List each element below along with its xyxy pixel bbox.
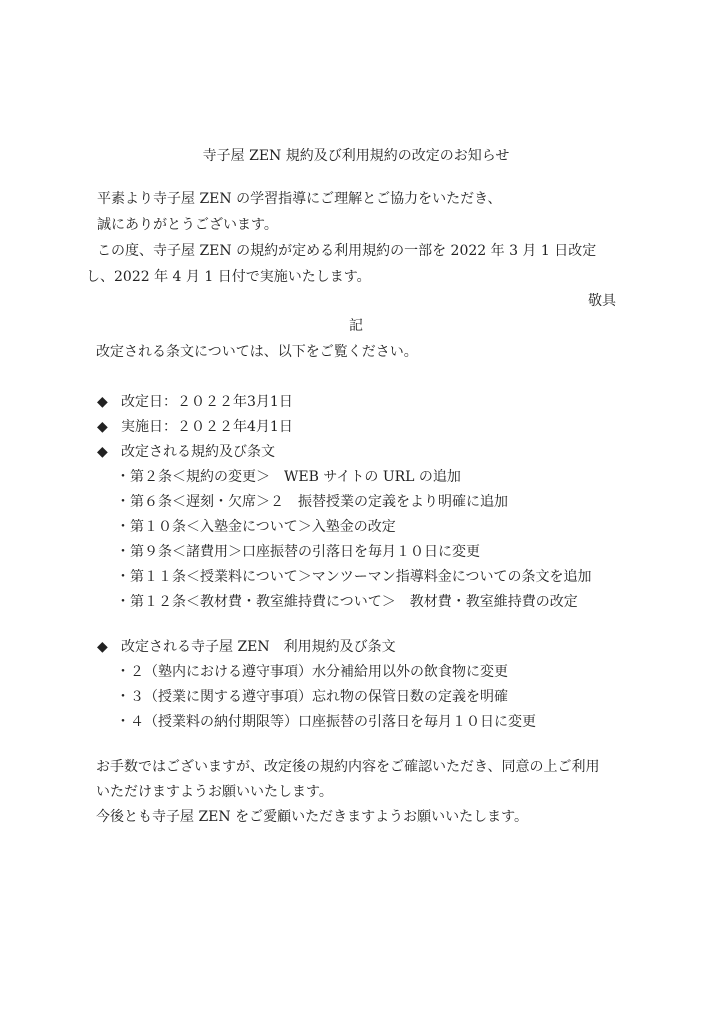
footer-line-2: いただけますようお願いいたします。 bbox=[96, 782, 333, 802]
rules-list-item: ・第１１条＜授業料について＞マンツーマン指導料金についての条文を追加 bbox=[116, 567, 591, 587]
terms-list-item: ・４（授業料の納付期限等）口座振替の引落日を毎月１０日に変更 bbox=[116, 712, 536, 732]
closing-keigu: 敬具 bbox=[588, 291, 616, 311]
document-title: 寺子屋 ZEN 規約及び利用規約の改定のお知らせ bbox=[0, 146, 712, 166]
greeting-line-4: し、2022 年 4 月 1 日付で実施いたします。 bbox=[86, 267, 371, 287]
terms-list-item: ・２（塾内における遵守事項）水分補給用以外の飲食物に変更 bbox=[116, 662, 508, 682]
rules-list-item: ・第１２条＜教材費・教室維持費について＞ 教材費・教室維持費の改定 bbox=[116, 592, 578, 612]
effective-date: 実施日：２０２２年4月1日 bbox=[121, 419, 293, 435]
diamond-bullet-icon: ◆ bbox=[97, 442, 121, 462]
rules-list-item: ・第６条＜遅刻・欠席＞２ 振替授業の定義をより明確に追加 bbox=[116, 492, 508, 512]
intro-text: 改定される条文については、以下をご覧ください。 bbox=[96, 342, 418, 362]
diamond-bullet-icon: ◆ bbox=[97, 392, 121, 412]
revision-date-item: ◆改定日：２０２２年3月1日 bbox=[97, 392, 293, 412]
rules-heading-text: 改定される規約及び条文 bbox=[121, 444, 275, 460]
greeting-line-3: この度、寺子屋 ZEN の規約が定める利用規約の一部を 2022 年 3 月 1… bbox=[97, 241, 596, 261]
greeting-line-2: 誠にありがとうございます。 bbox=[97, 215, 278, 235]
rules-list-item: ・第２条＜規約の変更＞ WEB サイトの URL の追加 bbox=[116, 467, 461, 487]
rules-section-heading: ◆改定される規約及び条文 bbox=[97, 442, 275, 462]
terms-list-item: ・３（授業に関する遵守事項）忘れ物の保管日数の定義を明確 bbox=[116, 687, 508, 707]
ki-marker: 記 bbox=[0, 316, 712, 336]
diamond-bullet-icon: ◆ bbox=[97, 417, 121, 437]
diamond-bullet-icon: ◆ bbox=[97, 637, 121, 657]
terms-section-heading: ◆改定される寺子屋 ZEN 利用規約及び条文 bbox=[97, 637, 396, 657]
greeting-line-1: 平素より寺子屋 ZEN の学習指導にご理解とご協力をいただき、 bbox=[97, 189, 502, 209]
revision-date: 改定日：２０２２年3月1日 bbox=[121, 394, 293, 410]
footer-line-3: 今後とも寺子屋 ZEN をご愛顧いただきますようお願いいたします。 bbox=[96, 807, 528, 827]
terms-heading-text: 改定される寺子屋 ZEN 利用規約及び条文 bbox=[121, 639, 396, 655]
footer-line-1: お手数ではございますが、改定後の規約内容をご確認いただき、同意の上ご利用 bbox=[96, 757, 599, 777]
effective-date-item: ◆実施日：２０２２年4月1日 bbox=[97, 417, 293, 437]
rules-list-item: ・第１０条＜入塾金について＞入塾金の改定 bbox=[116, 517, 396, 537]
rules-list-item: ・第９条＜諸費用＞口座振替の引落日を毎月１０日に変更 bbox=[116, 542, 480, 562]
